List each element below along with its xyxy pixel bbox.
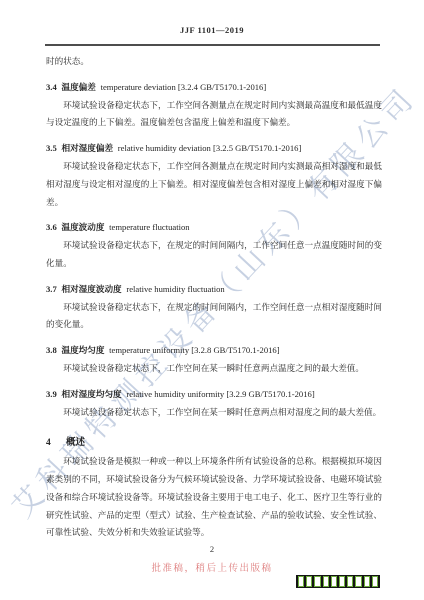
calibration-square [339,576,345,587]
section-number: 3.6 [46,222,57,232]
body-paragraph: 环境试验设备稳定状态下，在规定的时间间隔内，工作空间任意一点温度随时间的变化量。 [46,237,382,273]
calibration-square [298,576,304,587]
term-chinese: 相对湿度偏差 [61,143,113,153]
page-header-standard-number: JJF 1101—2019 [0,25,424,35]
calibration-square [331,576,337,587]
calibration-square [364,576,370,587]
section-heading: 3.8温度均匀度temperature uniformity [3.2.8 GB… [46,342,382,360]
calibration-square [323,576,329,587]
body-paragraph: 时的状态。 [46,53,382,71]
term-english-reference: relative humidity uniformity [3.2.9 GB/T… [126,389,314,399]
body-paragraph: 环境试验设备稳定状态下，在规定的时间间隔内，工作空间任意一点相对湿度随时间的变化… [46,299,382,335]
document-content: 时的状态。3.4温度偏差temperature deviation [3.2.4… [46,53,382,542]
term-chinese: 相对湿度均匀度 [61,389,121,399]
term-chinese: 温度波动度 [61,222,104,232]
term-chinese: 温度偏差 [61,82,95,92]
chapter-title: 概述 [66,438,85,448]
body-paragraph: 环境试验设备稳定状态下，工作空间在某一瞬时任意两点温度之间的最大差值。 [46,360,382,378]
term-chinese: 温度均匀度 [61,345,104,355]
section-heading: 3.7相对湿度波动度relative humidity fluctuation [46,281,382,299]
section-number: 3.9 [46,389,57,399]
section-number: 3.5 [46,143,57,153]
body-paragraph: 环境试验设备是模拟一种或一种以上环境条件所有试验设备的总称。根据模拟环境因素类别… [46,453,382,542]
body-paragraph: 环境试验设备稳定状态下，工作空间各测量点在规定时间内实测最高温度和最低温度与设定… [46,97,382,133]
chapter-heading: 4概述 [46,435,382,453]
section-number: 3.7 [46,284,57,294]
term-english-reference: relative humidity fluctuation [126,284,224,294]
term-english-reference: relative humidity deviation [3.2.5 GB/T5… [118,143,302,153]
draft-status-annotation: 批准稿，稍后上传出版稿 [0,560,424,574]
section-number: 3.8 [46,345,57,355]
calibration-square [347,576,353,587]
term-english-reference: temperature fluctuation [109,222,189,232]
term-chinese: 相对湿度波动度 [61,284,121,294]
section-number: 3.4 [46,82,57,92]
term-english-reference: temperature deviation [3.2.4 GB/T5170.1-… [101,82,267,92]
calibration-square [372,576,378,587]
calibration-square [306,576,312,587]
section-heading: 3.5相对湿度偏差relative humidity deviation [3.… [46,140,382,158]
chapter-number: 4 [46,438,51,448]
document-page: 艾科瑞特测控设备（山东）有限公司 JJF 1101—2019 时的状态。3.4温… [0,0,424,600]
section-heading: 3.6温度波动度temperature fluctuation [46,219,382,237]
body-paragraph: 环境试验设备稳定状态下，工作空间各测量点在规定时间内实测最高相对湿度和最低相对湿… [46,158,382,211]
print-calibration-strip [296,575,380,588]
calibration-square [314,576,320,587]
section-heading: 3.4温度偏差temperature deviation [3.2.4 GB/T… [46,79,382,97]
calibration-square [355,576,361,587]
body-paragraph: 环境试验设备稳定状态下，工作空间在某一瞬时任意两点相对湿度之间的最大差值。 [46,404,382,422]
section-heading: 3.9相对湿度均匀度relative humidity uniformity [… [46,386,382,404]
page-number: 2 [0,544,424,554]
term-english-reference: temperature uniformity [3.2.8 GB/T5170.1… [109,345,279,355]
header-rule [45,44,380,46]
